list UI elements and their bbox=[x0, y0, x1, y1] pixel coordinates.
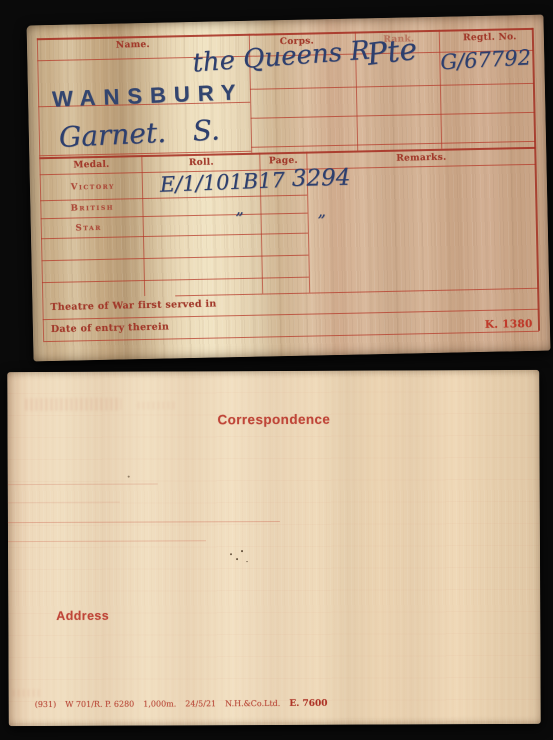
date-of-entry-label: Date of entry therein bbox=[51, 322, 169, 335]
roll-ditto-mark: „ bbox=[235, 201, 244, 217]
form-reference: K. 1380 bbox=[485, 318, 533, 331]
medal-row-rule bbox=[41, 233, 308, 240]
surname-handwriting: WANSBURY bbox=[52, 81, 244, 110]
corps-row-rule bbox=[251, 112, 535, 119]
faint-rule bbox=[8, 484, 158, 486]
scan-background: Name. Corps. Rank. Regtl. No. Medal. Rol… bbox=[0, 0, 553, 740]
page-ditto-mark: „ bbox=[317, 203, 326, 219]
imprint-part: 1,000m. bbox=[143, 699, 176, 708]
remarks-column-header: Remarks. bbox=[396, 153, 446, 164]
faded-stamp-mark bbox=[137, 401, 177, 409]
theatre-of-war-label: Theatre of War first served in bbox=[50, 299, 216, 313]
faded-stamp bbox=[25, 398, 121, 411]
roll-column-header: Roll. bbox=[189, 158, 214, 169]
medal-card-back: Correspondence Address (931)W 701/R. P. … bbox=[7, 370, 541, 726]
ink-speck bbox=[241, 550, 243, 552]
imprint-part: (931) bbox=[35, 700, 57, 709]
medal-roll-divider bbox=[141, 155, 145, 296]
medal-row-star: Star bbox=[76, 223, 103, 234]
medal-row-rule bbox=[41, 213, 308, 220]
right-edge-rule bbox=[532, 28, 540, 331]
ink-speck bbox=[230, 553, 232, 555]
medal-row-rule bbox=[42, 277, 309, 284]
faint-rule bbox=[8, 521, 280, 523]
page-handwriting: 3294 bbox=[292, 167, 351, 191]
roll-handwriting: E/1/101B17 bbox=[160, 170, 286, 196]
footer-smudge bbox=[13, 689, 43, 697]
imprint-part: 24/5/21 bbox=[185, 699, 216, 708]
faint-rule bbox=[8, 540, 206, 542]
ink-speck bbox=[128, 476, 130, 478]
ink-speck bbox=[236, 558, 238, 560]
regtl-no-column-header: Regtl. No. bbox=[463, 32, 517, 43]
lower-rule bbox=[175, 288, 538, 297]
imprint-part: N.H.&Co.Ltd. bbox=[225, 699, 280, 708]
address-heading: Address bbox=[56, 609, 109, 623]
corps-handwriting: the Queens R bbox=[192, 38, 371, 77]
medal-row-rule bbox=[41, 255, 308, 262]
left-margin-rule bbox=[37, 38, 44, 341]
correspondence-heading: Correspondence bbox=[217, 412, 330, 427]
medal-row-british: British bbox=[71, 203, 115, 214]
rank-regtl-divider bbox=[439, 30, 442, 149]
name-column-header: Name. bbox=[116, 40, 150, 51]
medal-row-victory: Victory bbox=[71, 182, 115, 193]
medal-column-header: Medal. bbox=[73, 160, 109, 171]
imprint-part: W 701/R. P. 6280 bbox=[65, 700, 134, 709]
faint-rule bbox=[8, 502, 120, 503]
ink-speck bbox=[246, 561, 248, 562]
corps-row-rule bbox=[250, 83, 534, 90]
imprint-code: E. 7600 bbox=[289, 699, 327, 709]
page-column-header: Page. bbox=[269, 156, 298, 167]
regtl-no-handwriting: G/67792 bbox=[440, 47, 532, 73]
rank-handwriting: Pte bbox=[366, 35, 419, 71]
forenames-handwriting: Garnet. S. bbox=[58, 116, 220, 152]
printers-imprint: (931)W 701/R. P. 62801,000m.24/5/21N.H.&… bbox=[35, 699, 328, 710]
medal-card-front: Name. Corps. Rank. Regtl. No. Medal. Rol… bbox=[27, 15, 551, 362]
